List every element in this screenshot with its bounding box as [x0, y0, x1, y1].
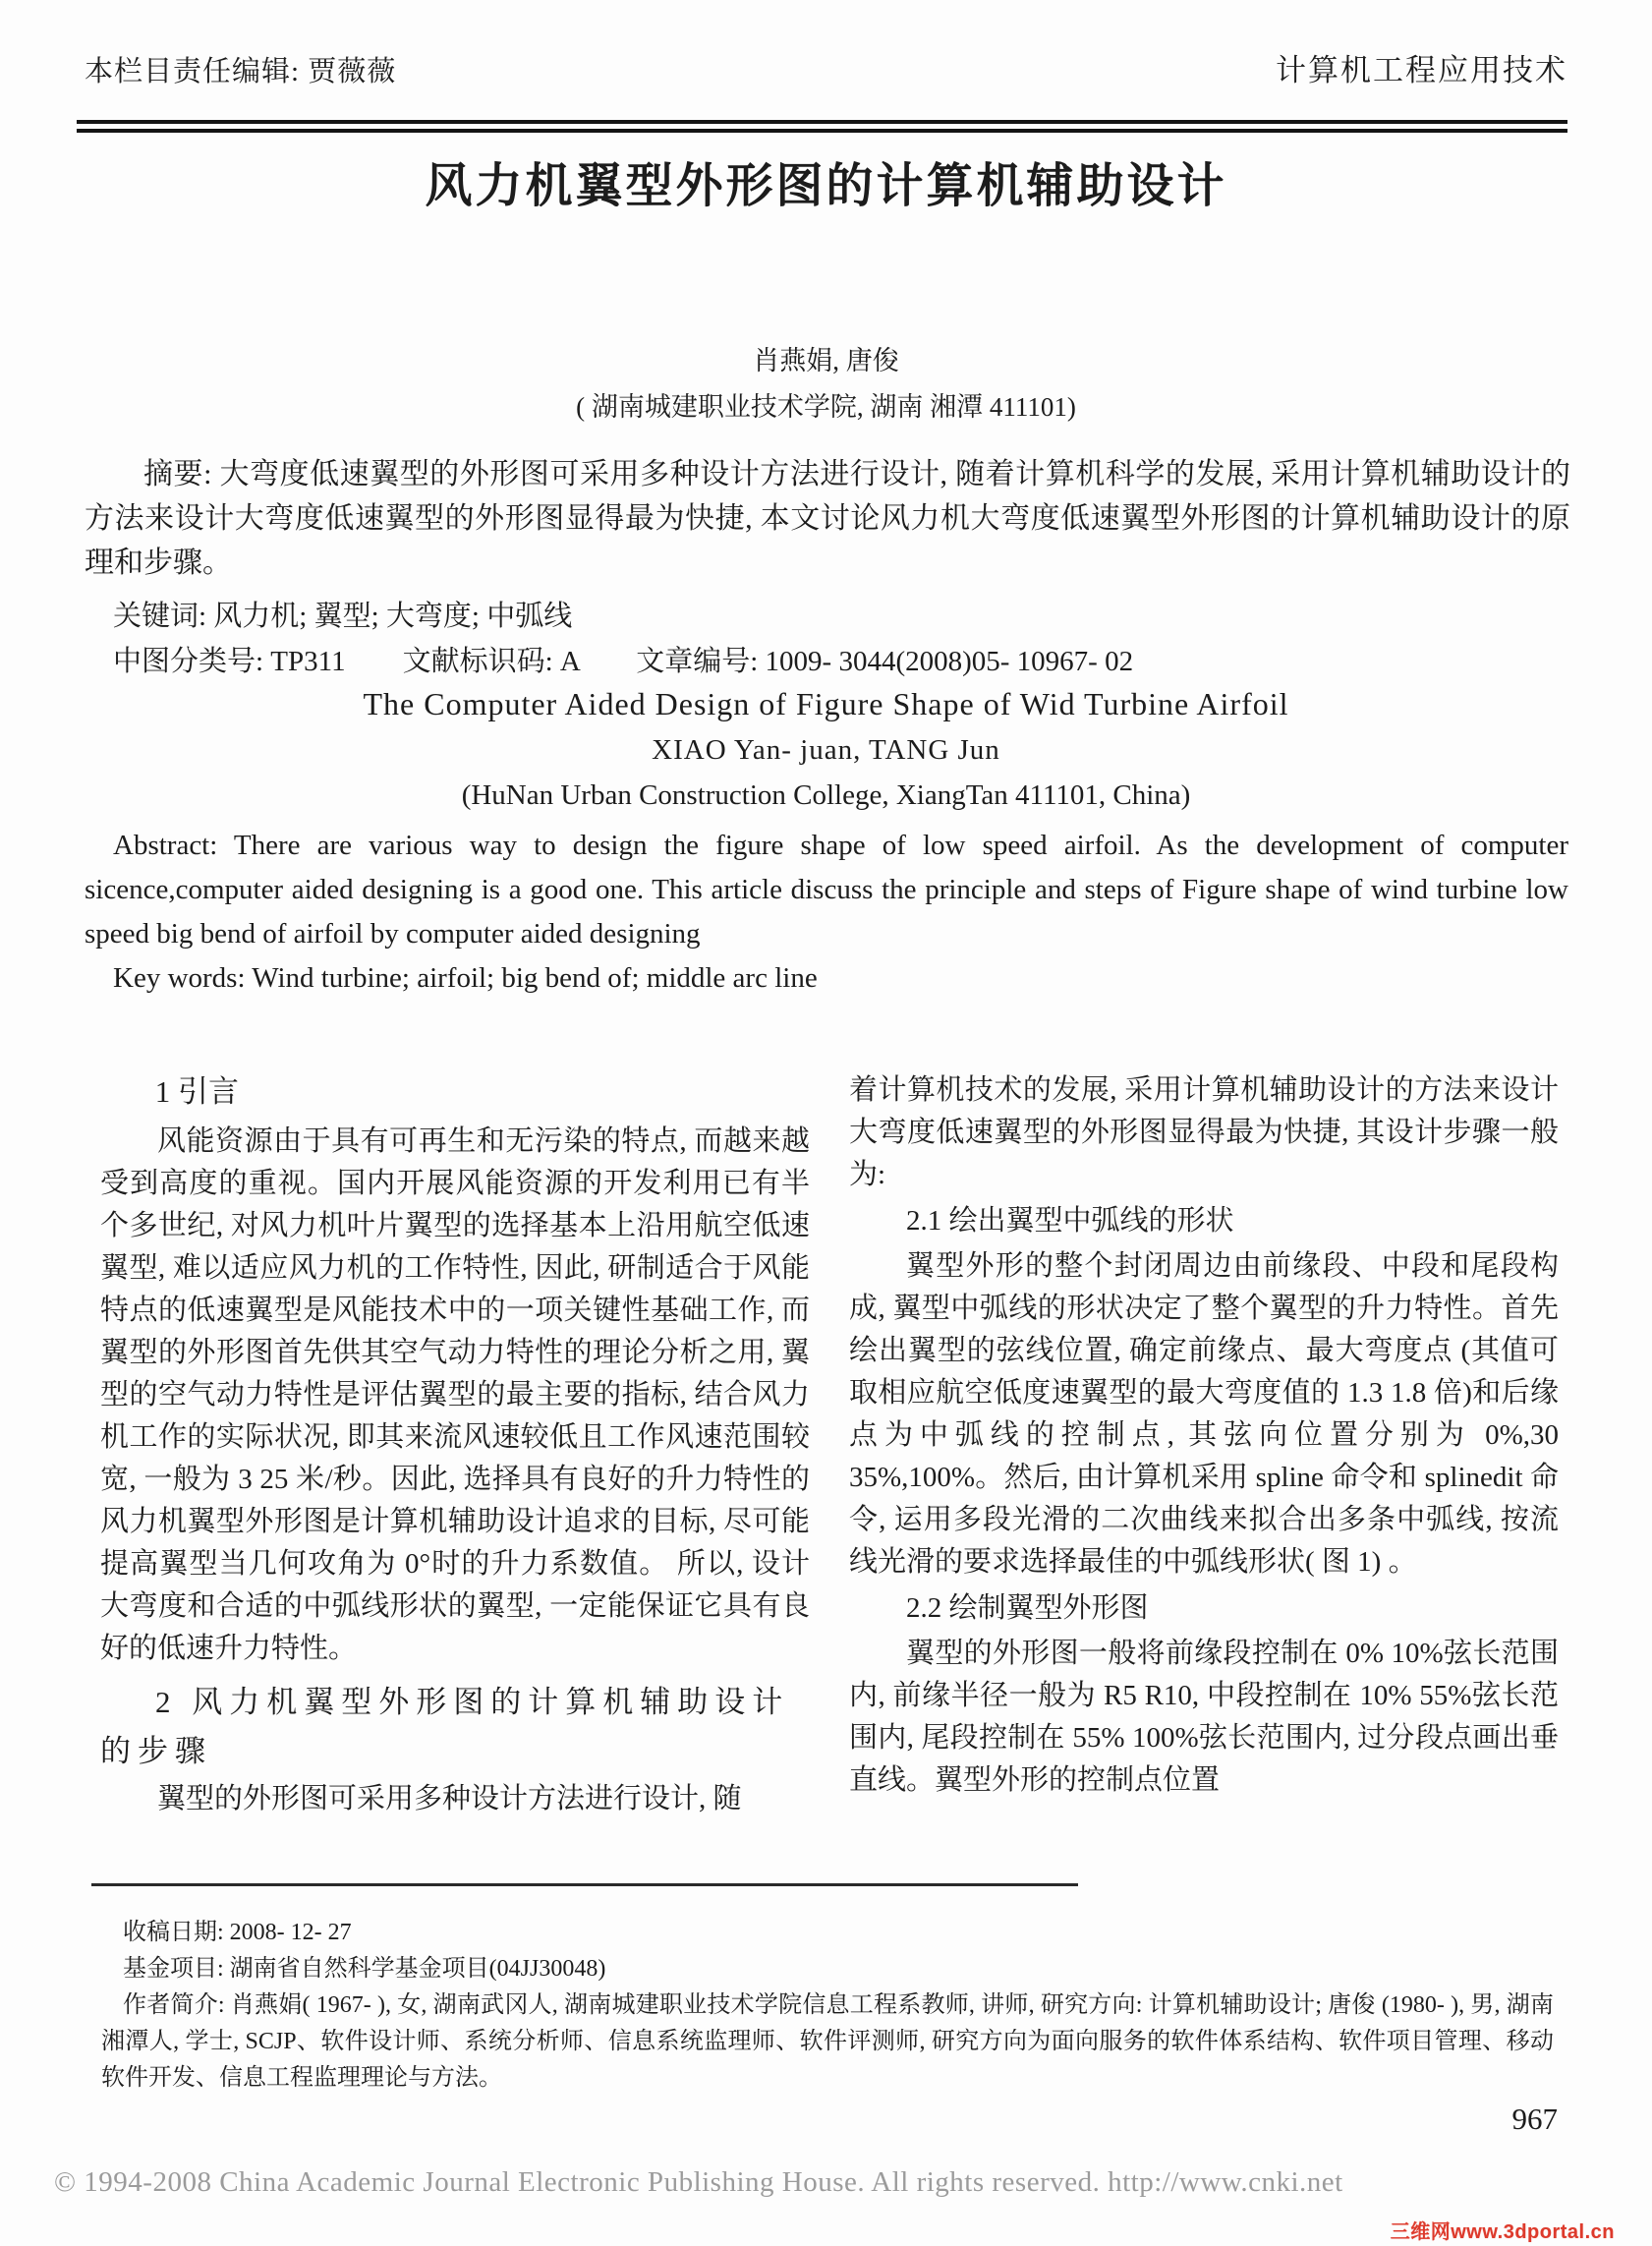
article-title-en: The Computer Aided Design of Figure Shap…: [0, 686, 1652, 722]
authors-cn: 肖燕娟, 唐俊: [0, 339, 1652, 377]
body-columns: 1 引言 风能资源由于具有可再生和无污染的特点, 而越来越受到高度的重视。国内开…: [100, 1069, 1559, 1820]
page-number: 967: [1512, 2102, 1559, 2137]
article-title-cn: 风力机翼型外形图的计算机辅助设计: [0, 147, 1652, 215]
section-1-paragraph: 风能资源由于具有可再生和无污染的特点, 而越来越受到高度的重视。国内开展风能资源…: [100, 1121, 810, 1670]
watermark-3dportal: 三维网www.3dportal.cn: [1391, 2216, 1615, 2244]
footnotes: 收稿日期: 2008- 12- 27 基金项目: 湖南省自然科学基金项目(04J…: [101, 1915, 1554, 2097]
running-header: 本栏目责任编辑: 贾薇薇 计算机工程应用技术: [85, 45, 1567, 89]
section-1-heading: 1 引言: [100, 1069, 810, 1115]
classification-line: 中图分类号: TP311 文献标识码: A 文章编号: 1009- 3044(2…: [85, 639, 1570, 679]
affiliation-cn: ( 湖南城建职业技术学院, 湖南 湘潭 411101): [0, 385, 1652, 424]
abstract-en: Abstract: There are various way to desig…: [85, 824, 1568, 956]
footnote-received-date: 收稿日期: 2008- 12- 27: [101, 1915, 1554, 1951]
section-2-1-heading: 2.1 绘出翼型中弧线的形状: [849, 1198, 1559, 1243]
column-editor-label: 本栏目责任编辑: 贾薇薇: [85, 49, 396, 89]
section-2-paragraph-cont: 着计算机技术的发展, 采用计算机辅助设计的方法来设计大弯度低速翼型的外形图显得最…: [849, 1069, 1559, 1196]
footnote-fund-project: 基金项目: 湖南省自然科学基金项目(04JJ30048): [101, 1951, 1554, 1987]
header-double-rule: [77, 120, 1567, 133]
left-column: 1 引言 风能资源由于具有可再生和无污染的特点, 而越来越受到高度的重视。国内开…: [100, 1069, 810, 1820]
footnote-separator: [91, 1883, 1078, 1886]
section-2-heading: 2 风力机翼型外形图的计算机辅助设计的步骤: [100, 1678, 810, 1776]
section-2-2-heading: 2.2 绘制翼型外形图: [849, 1585, 1559, 1631]
authors-en: XIAO Yan- juan, TANG Jun: [0, 734, 1652, 767]
right-column: 着计算机技术的发展, 采用计算机辅助设计的方法来设计大弯度低速翼型的外形图显得最…: [849, 1069, 1559, 1820]
section-2-paragraph: 翼型的外形图可采用多种设计方法进行设计, 随: [100, 1778, 810, 1820]
section-2-2-paragraph: 翼型的外形图一般将前缘段控制在 0% 10%弦长范围内, 前缘半径一般为 R5 …: [849, 1633, 1559, 1802]
abstract-cn: 摘要: 大弯度低速翼型的外形图可采用多种设计方法进行设计, 随着计算机科学的发展…: [85, 452, 1570, 585]
footnote-author-bio: 作者简介: 肖燕娟( 1967- ), 女, 湖南武冈人, 湖南城建职业技术学院…: [101, 1987, 1554, 2097]
keywords-cn: 关键词: 风力机; 翼型; 大弯度; 中弧线: [85, 594, 1570, 634]
affiliation-en: (HuNan Urban Construction College, Xiang…: [0, 779, 1652, 812]
journal-page: 本栏目责任编辑: 贾薇薇 计算机工程应用技术 风力机翼型外形图的计算机辅助设计 …: [0, 0, 1652, 2246]
keywords-en: Key words: Wind turbine; airfoil; big be…: [85, 956, 1568, 1001]
section-2-1-paragraph: 翼型外形的整个封闭周边由前缘段、中段和尾段构成, 翼型中弧线的形状决定了整个翼型…: [849, 1245, 1559, 1584]
copyright-line: © 1994-2008 China Academic Journal Elect…: [54, 2166, 1343, 2199]
journal-section-title: 计算机工程应用技术: [1276, 45, 1567, 89]
abstract-en-block: Abstract: There are various way to desig…: [85, 824, 1568, 1001]
